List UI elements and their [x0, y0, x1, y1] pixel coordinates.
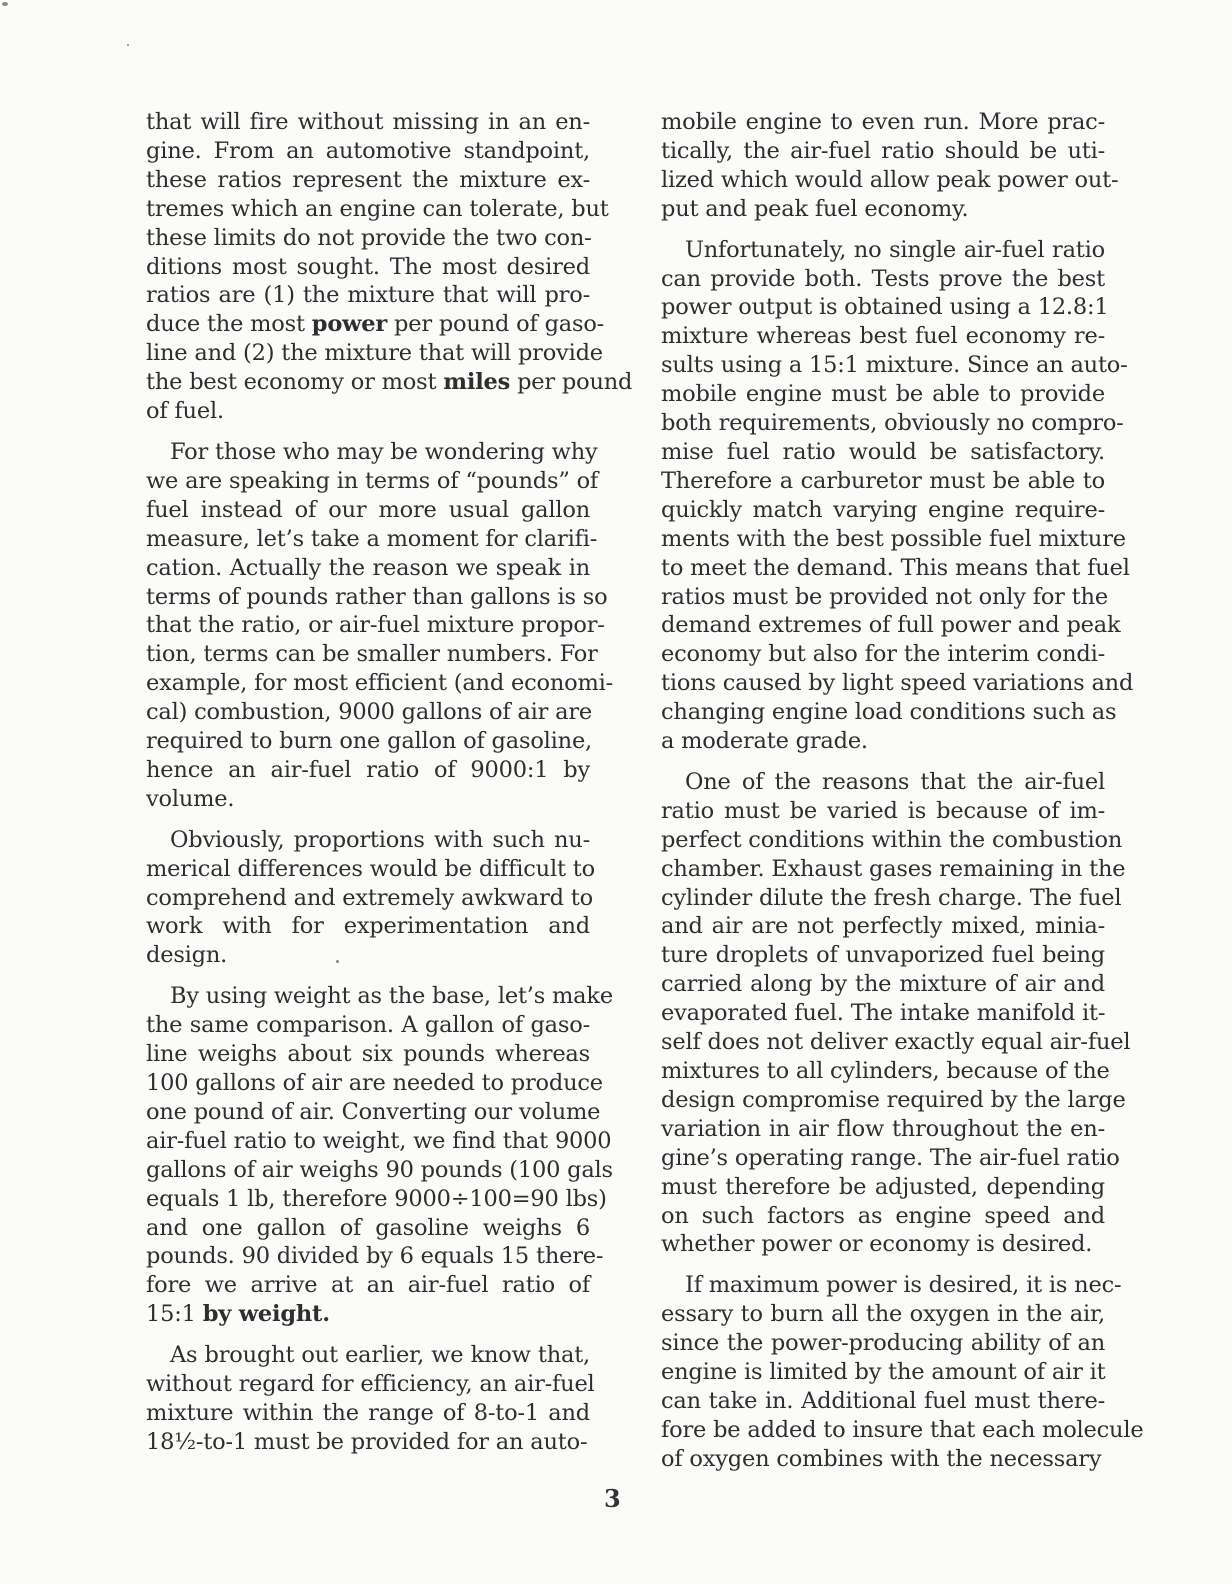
- text-line: changing engine load conditions such as: [637, 698, 1105, 727]
- text-line: design.: [122, 941, 590, 970]
- text-line: engine is limited by the amount of air i…: [637, 1358, 1105, 1387]
- text-line: By using weight as the base, let’s make: [122, 982, 590, 1011]
- text-line: required to burn one gallon of gasoline,: [122, 727, 590, 756]
- paragraph-p2: For those who may be wondering whywe are…: [122, 438, 590, 814]
- text-line: line weighs about six pounds whereas: [122, 1040, 590, 1069]
- text-line: chamber. Exhaust gases remaining in the: [637, 855, 1105, 884]
- text-line: ratios must be provided not only for the: [637, 583, 1105, 612]
- paragraph-p5: As brought out earlier, we know that,wit…: [122, 1341, 590, 1457]
- text-line: must therefore be adjusted, depending: [637, 1173, 1105, 1202]
- text-line: 15:1 by weight.: [122, 1300, 590, 1329]
- text-line: hence an air-fuel ratio of 9000:1 by: [122, 756, 590, 785]
- text-line: the same comparison. A gallon of gaso-: [122, 1011, 590, 1040]
- text-line: evaporated fuel. The intake manifold it-: [637, 999, 1105, 1028]
- text-line: tion, terms can be smaller numbers. For: [122, 640, 590, 669]
- text-line: demand extremes of full power and peak: [637, 611, 1105, 640]
- text-line: pounds. 90 divided by 6 equals 15 there-: [122, 1242, 590, 1271]
- text-line: to meet the demand. This means that fuel: [637, 554, 1105, 583]
- text-line: on such factors as engine speed and: [637, 1202, 1105, 1231]
- text-line: self does not deliver exactly equal air-…: [637, 1028, 1105, 1057]
- text-line: gallons of air weighs 90 pounds (100 gal…: [122, 1156, 590, 1185]
- text-line: design compromise required by the large: [637, 1086, 1105, 1115]
- text-line: ratio must be varied is because of im-: [637, 797, 1105, 826]
- text-line: gine’s operating range. The air-fuel rat…: [637, 1144, 1105, 1173]
- scan-speck: [336, 960, 339, 963]
- text-line: duce the most power per pound of gaso-: [122, 310, 590, 339]
- text-line: fuel instead of our more usual gallon: [122, 496, 590, 525]
- text-line: equals 1 lb, therefore 9000÷100=90 lbs): [122, 1185, 590, 1214]
- text-line: 100 gallons of air are needed to produce: [122, 1069, 590, 1098]
- text-line: Therefore a carburetor must be able to: [637, 467, 1105, 496]
- text-line: line and (2) the mixture that will provi…: [122, 339, 590, 368]
- text-line: can take in. Additional fuel must there-: [637, 1387, 1105, 1416]
- text-line: air-fuel ratio to weight, we find that 9…: [122, 1127, 590, 1156]
- text-line: cylinder dilute the fresh charge. The fu…: [637, 884, 1105, 913]
- text-line: 18½-to-1 must be provided for an auto-: [122, 1428, 590, 1457]
- text-line: comprehend and extremely awkward to: [122, 884, 590, 913]
- text-line: ments with the best possible fuel mixtur…: [637, 525, 1105, 554]
- text-line: mise fuel ratio would be satisfactory.: [637, 438, 1105, 467]
- text-line: mixture within the range of 8-to-1 and: [122, 1399, 590, 1428]
- left-column: that will fire without missing in an en-…: [122, 108, 590, 1469]
- text-line: gine. From an automotive standpoint,: [122, 137, 590, 166]
- text-line: put and peak fuel economy.: [637, 195, 1105, 224]
- text-line: both requirements, obviously no compro-: [637, 409, 1105, 438]
- text-line: that will fire without missing in an en-: [122, 108, 590, 137]
- text-line: mixture whereas best fuel economy re-: [637, 322, 1105, 351]
- scan-speck: [2, 2, 8, 6]
- text-line: power output is obtained using a 12.8:1: [637, 293, 1105, 322]
- text-line: one pound of air. Converting our volume: [122, 1098, 590, 1127]
- text-line: merical differences would be difficult t…: [122, 855, 590, 884]
- bold-emphasis: power: [312, 311, 387, 337]
- text-line: mixtures to all cylinders, because of th…: [637, 1057, 1105, 1086]
- text-line: perfect conditions within the combustion: [637, 826, 1105, 855]
- text-line: sults using a 15:1 mixture. Since an aut…: [637, 351, 1105, 380]
- text-line: essary to burn all the oxygen in the air…: [637, 1300, 1105, 1329]
- text-line: mobile engine to even run. More prac-: [637, 108, 1105, 137]
- text-line: cation. Actually the reason we speak in: [122, 554, 590, 583]
- text-line: of fuel.: [122, 397, 590, 426]
- paragraph-p8: One of the reasons that the air-fuelrati…: [637, 768, 1105, 1259]
- text-line: the best economy or most miles per pound: [122, 368, 590, 397]
- text-line: variation in air flow throughout the en-: [637, 1115, 1105, 1144]
- text-line: carried along by the mixture of air and: [637, 970, 1105, 999]
- text-line: and one gallon of gasoline weighs 6: [122, 1214, 590, 1243]
- text-line: Unfortunately, no single air-fuel ratio: [637, 236, 1105, 265]
- text-line: fore we arrive at an air-fuel ratio of: [122, 1271, 590, 1300]
- text-line: terms of pounds rather than gallons is s…: [122, 583, 590, 612]
- text-line: fore be added to insure that each molecu…: [637, 1416, 1105, 1445]
- bold-emphasis: miles: [443, 369, 510, 395]
- text-line: lized which would allow peak power out-: [637, 166, 1105, 195]
- text-line: cal) combustion, 9000 gallons of air are: [122, 698, 590, 727]
- text-line: tically, the air-fuel ratio should be ut…: [637, 137, 1105, 166]
- text-line: volume.: [122, 785, 590, 814]
- text-line: ditions most sought. The most desired: [122, 253, 590, 282]
- paragraph-p9: If maximum power is desired, it is nec-e…: [637, 1271, 1105, 1473]
- text-line: measure, let’s take a moment for clarifi…: [122, 525, 590, 554]
- page-number: 3: [604, 1484, 621, 1513]
- paragraph-p4: By using weight as the base, let’s maket…: [122, 982, 590, 1329]
- text-line: economy but also for the interim condi-: [637, 640, 1105, 669]
- text-line: One of the reasons that the air-fuel: [637, 768, 1105, 797]
- text-line: work with for experimentation and: [122, 912, 590, 941]
- text-line: and air are not perfectly mixed, minia-: [637, 912, 1105, 941]
- scan-speck: [127, 44, 129, 46]
- text-line: of oxygen combines with the necessary: [637, 1445, 1105, 1474]
- text-line: quickly match varying engine require-: [637, 496, 1105, 525]
- text-line: tremes which an engine can tolerate, but: [122, 195, 590, 224]
- paragraph-p3: Obviously, proportions with such nu-meri…: [122, 826, 590, 971]
- text-line: As brought out earlier, we know that,: [122, 1341, 590, 1370]
- paragraph-p6: mobile engine to even run. More prac-tic…: [637, 108, 1105, 224]
- paragraph-p1: that will fire without missing in an en-…: [122, 108, 590, 426]
- text-line: that the ratio, or air-fuel mixture prop…: [122, 611, 590, 640]
- text-line: whether power or economy is desired.: [637, 1230, 1105, 1259]
- text-line: example, for most efficient (and economi…: [122, 669, 590, 698]
- text-line: Obviously, proportions with such nu-: [122, 826, 590, 855]
- text-line: a moderate grade.: [637, 727, 1105, 756]
- text-line: without regard for efficiency, an air-fu…: [122, 1370, 590, 1399]
- text-line: If maximum power is desired, it is nec-: [637, 1271, 1105, 1300]
- text-line: mobile engine must be able to provide: [637, 380, 1105, 409]
- text-line: ture droplets of unvaporized fuel being: [637, 941, 1105, 970]
- text-line: ratios are (1) the mixture that will pro…: [122, 281, 590, 310]
- text-line: we are speaking in terms of “pounds” of: [122, 467, 590, 496]
- bold-emphasis: by weight.: [203, 1301, 330, 1327]
- text-line: these limits do not provide the two con-: [122, 224, 590, 253]
- text-line: For those who may be wondering why: [122, 438, 590, 467]
- text-line: tions caused by light speed variations a…: [637, 669, 1105, 698]
- paragraph-p7: Unfortunately, no single air-fuel ratioc…: [637, 236, 1105, 756]
- text-line: since the power-producing ability of an: [637, 1329, 1105, 1358]
- text-line: can provide both. Tests prove the best: [637, 265, 1105, 294]
- text-line: these ratios represent the mixture ex-: [122, 166, 590, 195]
- right-column: mobile engine to even run. More prac-tic…: [637, 108, 1105, 1486]
